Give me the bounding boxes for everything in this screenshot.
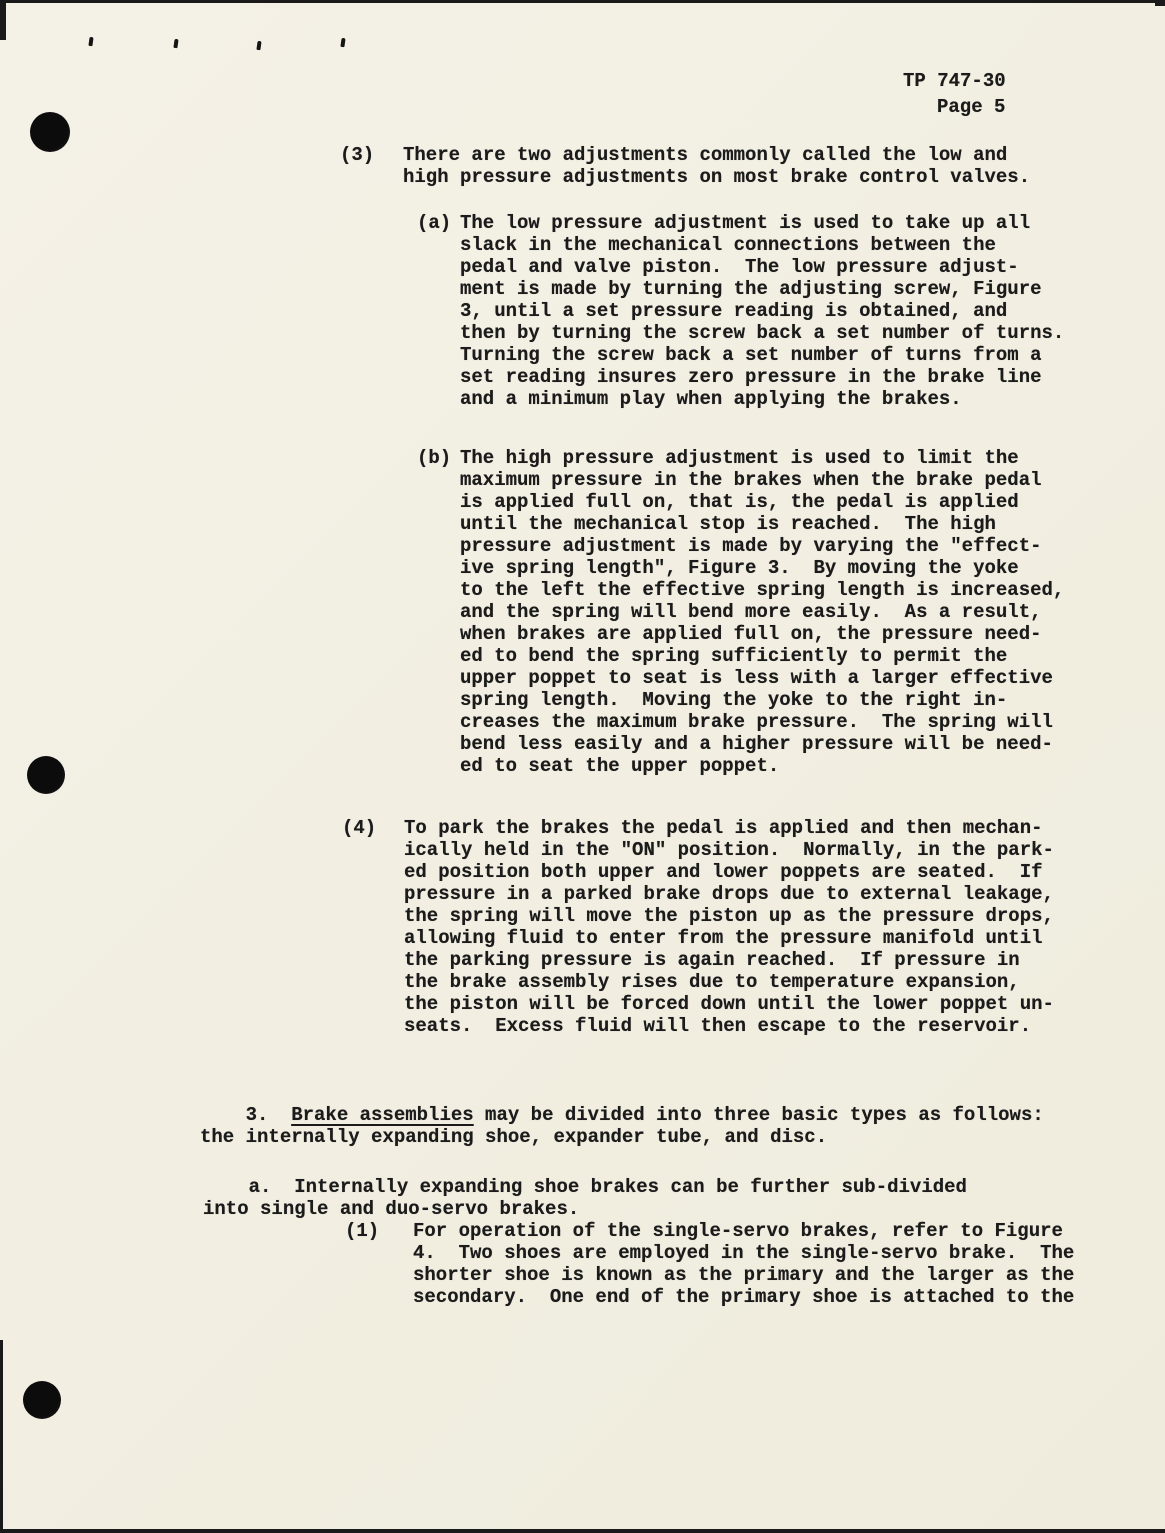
section-3-heading: Brake assemblies <box>291 1104 473 1126</box>
section-a-text: Internally expanding shoe brakes can be … <box>203 1176 967 1220</box>
hole-punch-top <box>30 112 70 152</box>
paragraph-4-label: (4) <box>342 817 376 839</box>
scan-edge-top <box>0 0 1165 3</box>
scan-edge-bottom-left <box>0 1340 3 1533</box>
paragraph-3-label: (3) <box>340 144 374 166</box>
page-number: Page 5 <box>937 96 1005 118</box>
scan-edge-bottom <box>0 1529 1165 1533</box>
hole-punch-bottom <box>23 1381 61 1419</box>
paragraph-a-text: The low pressure adjustment is used to t… <box>460 212 1064 410</box>
scanned-document-page: TP 747-30 Page 5 (3) There are two adjus… <box>0 0 1165 1533</box>
paragraph-1-label: (1) <box>345 1220 379 1242</box>
paragraph-4-text: To park the brakes the pedal is applied … <box>404 817 1054 1037</box>
scan-mark <box>88 37 93 46</box>
paragraph-b-text: The high pressure adjustment is used to … <box>460 447 1064 777</box>
section-3-number: 3. <box>246 1104 292 1126</box>
section-a-number: a. <box>249 1176 295 1198</box>
scan-edge-top-right <box>1155 0 1165 6</box>
paragraph-3-text: There are two adjustments commonly calle… <box>403 144 1030 188</box>
scan-mark <box>256 41 261 50</box>
paragraph-a-label: (a) <box>417 212 451 234</box>
hole-punch-middle <box>27 756 65 794</box>
scan-mark <box>340 38 345 47</box>
scan-mark <box>173 39 178 48</box>
doc-number: TP 747-30 <box>903 70 1006 92</box>
paragraph-b-label: (b) <box>417 447 451 469</box>
scan-edge-top-left <box>0 0 6 40</box>
paragraph-1-text: For operation of the single-servo brakes… <box>413 1220 1074 1308</box>
